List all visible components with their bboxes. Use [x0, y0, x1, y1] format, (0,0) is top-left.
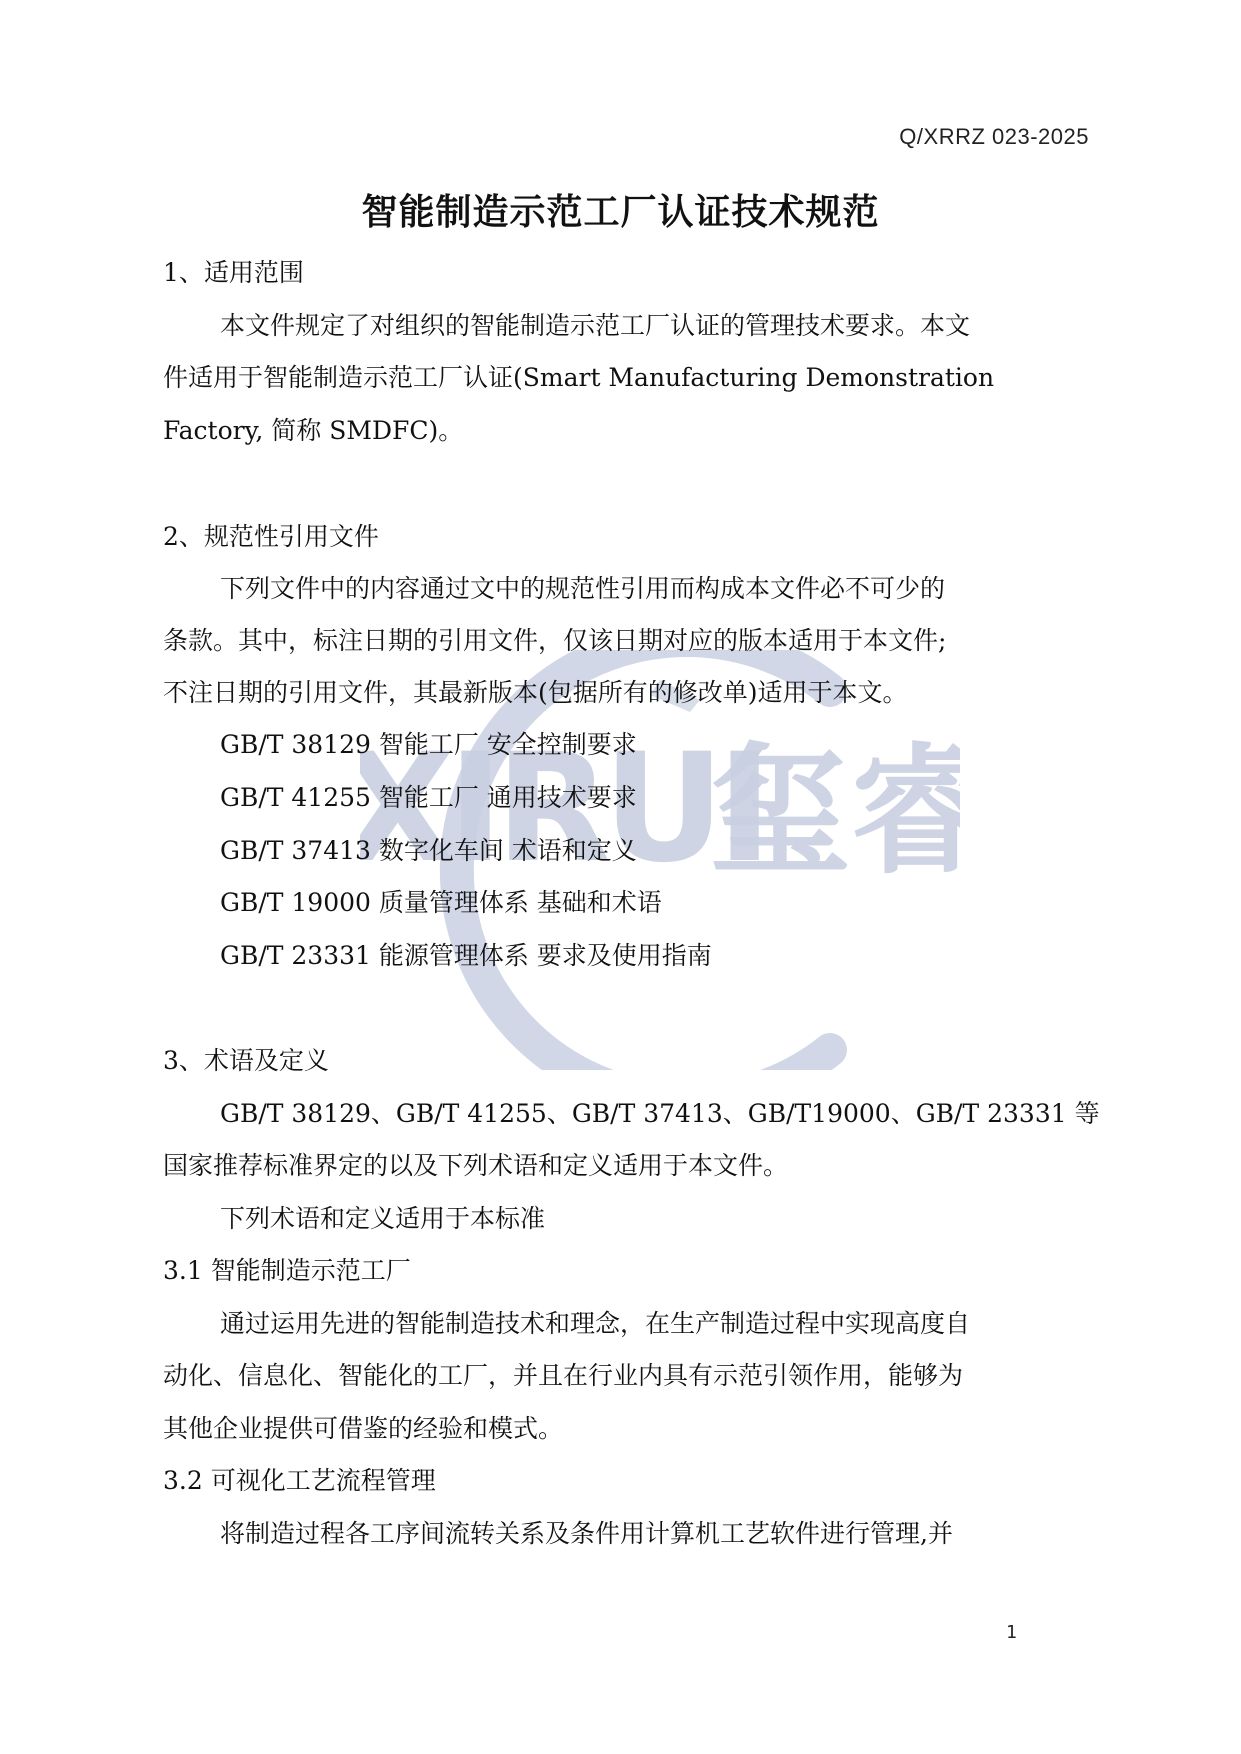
section-1-heading: 1、适用范围 [163, 256, 304, 290]
section-1-paragraph-line: Factory, 简称 SMDFC)。 [163, 414, 463, 448]
reference-item: GB/T 38129 智能工厂 安全控制要求 [220, 728, 637, 762]
section-3-heading: 3、术语及定义 [163, 1044, 329, 1078]
document-title: 智能制造示范工厂认证技术规范 [0, 184, 1241, 235]
reference-item: GB/T 37413 数字化车间 术语和定义 [220, 834, 637, 868]
section-2-paragraph-line: 条款。其中，标注日期的引用文件，仅该日期对应的版本适用于本文件; [163, 624, 946, 658]
section-3-paragraph-line: 国家推荐标准界定的以及下列术语和定义适用于本文件。 [163, 1149, 788, 1183]
subsection-3-2-line: 将制造过程各工序间流转关系及条件用计算机工艺软件进行管理,并 [220, 1517, 953, 1551]
reference-item: GB/T 19000 质量管理体系 基础和术语 [220, 886, 662, 920]
page-number: 1 [1006, 1622, 1017, 1643]
document-code: Q/XRRZ 023-2025 [899, 124, 1089, 150]
document-page: XIRUI 玺睿 Q/XRRZ 023-2025 智能制造示范工厂认证技术规范 … [0, 0, 1241, 1754]
section-1-paragraph-line: 件适用于智能制造示范工厂认证(Smart Manufacturing Demon… [163, 361, 994, 395]
section-2-paragraph-line: 不注日期的引用文件，其最新版本(包据所有的修改单)适用于本文。 [163, 676, 908, 710]
subsection-3-1-line: 其他企业提供可借鉴的经验和模式。 [163, 1412, 563, 1446]
svg-text:玺睿: 玺睿 [710, 731, 960, 894]
reference-item: GB/T 23331 能源管理体系 要求及使用指南 [220, 939, 712, 973]
section-3-paragraph: 下列术语和定义适用于本标准 [220, 1202, 545, 1236]
subsection-3-2-heading: 3.2 可视化工艺流程管理 [163, 1464, 436, 1498]
section-3-paragraph-line: GB/T 38129、GB/T 41255、GB/T 37413、GB/T190… [220, 1097, 1100, 1131]
subsection-3-1-line: 动化、信息化、智能化的工厂，并且在行业内具有示范引领作用，能够为 [163, 1359, 963, 1393]
section-1-paragraph-line: 本文件规定了对组织的智能制造示范工厂认证的管理技术要求。本文 [220, 309, 970, 343]
reference-item: GB/T 41255 智能工厂 通用技术要求 [220, 781, 637, 815]
section-2-paragraph-line: 下列文件中的内容通过文中的规范性引用而构成本文件必不可少的 [220, 572, 945, 606]
subsection-3-1-line: 通过运用先进的智能制造技术和理念，在生产制造过程中实现高度自 [220, 1307, 970, 1341]
subsection-3-1-heading: 3.1 智能制造示范工厂 [163, 1254, 411, 1288]
section-2-heading: 2、规范性引用文件 [163, 520, 379, 554]
